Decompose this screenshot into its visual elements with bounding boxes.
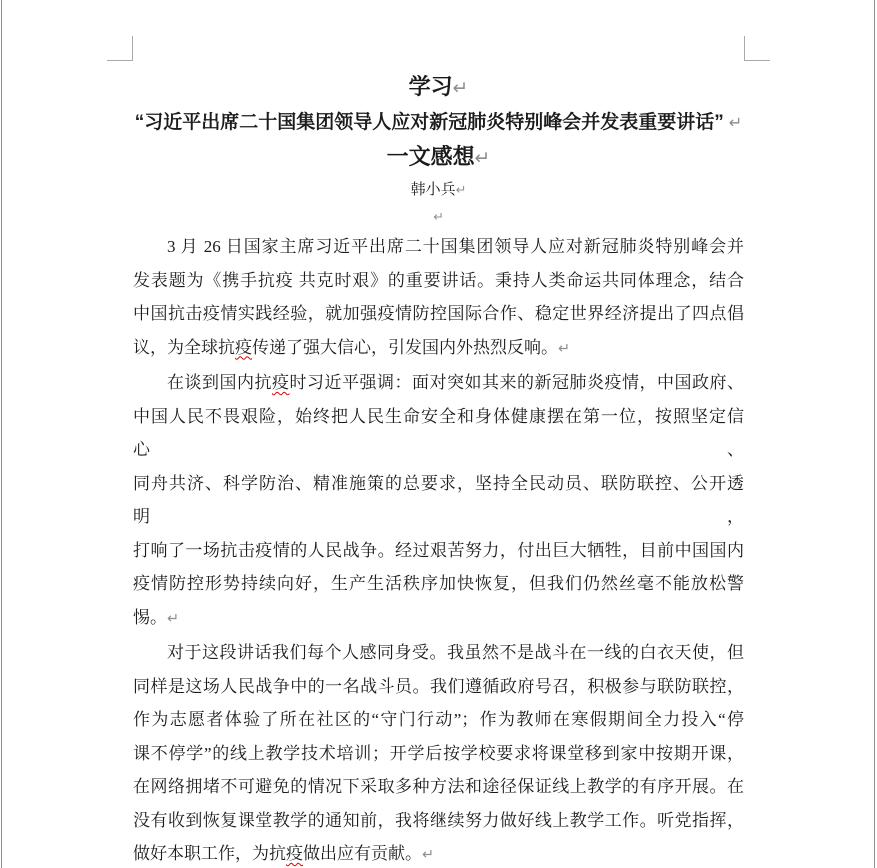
paragraph-mark: ↵ [433,210,444,225]
text-line: 在网络拥堵不可避免的情况下采取多种方法和途径保证线上教学的有序开展。在 [133,770,744,804]
paragraph-mark: ↵ [475,148,491,169]
text-segment: 做出应有贡献。 [303,844,422,863]
text-segment: 中国人民不畏艰险，始终把人民生命安全和身体健康摆在第一位，按照坚定信心、 [133,407,744,460]
text-line: 议，为全球抗疫传递了强大信心，引发国内外热烈反响。↵ [133,331,744,367]
title-text: “习近平出席二十国集团领导人应对新冠肺炎特别峰会并发表重要讲话” [135,112,724,133]
text-segment: 做好本职工作，为抗 [133,844,286,863]
doc-title-line-1: 学习↵ [133,70,744,106]
author-name: 韩小兵 [411,182,456,198]
text-line: 没有收到恢复课堂教学的通知前，我将继续努力做好线上教学工作。听党指挥， [133,804,744,838]
text-segment: 作为志愿者体验了所在社区的“守门行动”；作为教师在寒假期间全力投入“停 [133,710,744,729]
text-line: 在谈到国内抗疫时习近平强调：面对突如其来的新冠肺炎疫情，中国政府、 [133,366,744,400]
text-line: 作为志愿者体验了所在社区的“守门行动”；作为教师在寒假期间全力投入“停 [133,703,744,737]
text-line: 打响了一场抗击疫情的人民战争。经过艰苦努力，付出巨大牺牲，目前中国国内 [133,534,744,568]
document-content[interactable]: 学习↵ “习近平出席二十国集团领导人应对新冠肺炎特别峰会并发表重要讲话”↵ 一文… [133,0,744,868]
margin-crop-mark-top-right [744,36,770,61]
paragraph-mark: ↵ [456,183,467,198]
doc-title-line-2: “习近平出席二十国集团领导人应对新冠肺炎特别峰会并发表重要讲话”↵ [133,106,744,140]
paragraph-mark: ↵ [558,341,570,357]
text-segment: 没有收到恢复课堂教学的通知前，我将继续努力做好线上教学工作。听党指挥， [133,811,744,830]
text-line: 3 月 26 日国家主席习近平出席二十国集团领导人应对新冠肺炎特别峰会并 [133,230,744,264]
misspelled-word: 疫 [272,373,290,392]
text-line: 发表题为《携手抗疫 共克时艰》的重要讲话。秉持人类命运共同体理念，结合 [133,264,744,298]
text-segment: 对于这段讲话我们每个人感同身受。我虽然不是战斗在一线的白衣天使，但 [167,643,744,662]
title-text: 学习 [409,74,453,99]
page-edge-left [1,0,2,868]
text-line: 同样是这场人民战争中的一名战斗员。我们遵循政府号召，积极参与联防联控， [133,670,744,704]
document-body[interactable]: 3 月 26 日国家主席习近平出席二十国集团领导人应对新冠肺炎特别峰会并发表题为… [133,230,744,868]
text-line: 对于这段讲话我们每个人感同身受。我虽然不是战斗在一线的白衣天使，但 [133,636,744,670]
doc-author-line: 韩小兵↵ [133,176,744,205]
text-segment: 同舟共济、科学防治、精准施策的总要求，坚持全民动员、联防联控、公开透明， [133,474,744,527]
text-line: 中国人民不畏艰险，始终把人民生命安全和身体健康摆在第一位，按照坚定信心、 [133,400,744,467]
text-segment: 3 月 26 日国家主席习近平出席二十国集团领导人应对新冠肺炎特别峰会并 [167,237,744,256]
misspelled-word: 疫 [235,338,252,357]
text-segment: 时习近平强调：面对突如其来的新冠肺炎疫情，中国政府、 [290,373,745,392]
text-segment: 传递了强大信心，引发国内外热烈反响。 [252,338,558,357]
text-segment: 疫情防控形势持续向好，生产生活秩序加快恢复，但我们仍然丝毫不能放松警惕。 [133,574,744,627]
text-segment: 发表题为《携手抗疫 共克时艰》的重要讲话。秉持人类命运共同体理念，结合 [133,271,744,290]
text-segment: 议，为全球抗 [133,338,235,357]
text-line: 做好本职工作，为抗疫做出应有贡献。↵ [133,837,744,868]
text-line: 同舟共济、科学防治、精准施策的总要求，坚持全民动员、联防联控、公开透明， [133,467,744,534]
empty-paragraph-line: ↵ [133,205,744,230]
text-segment: 在网络拥堵不可避免的情况下采取多种方法和途径保证线上教学的有序开展。在 [133,777,744,796]
doc-title-line-3: 一文感想↵ [133,140,744,176]
text-segment: 课不停学”的线上教学技术培训；开学后按学校要求将课堂移到家中按期开课， [133,744,744,763]
text-line: 中国抗击疫情实践经验，就加强疫情防控国际合作、稳定世界经济提出了四点倡 [133,297,744,331]
text-segment: 打响了一场抗击疫情的人民战争。经过艰苦努力，付出巨大牺牲，目前中国国内 [133,541,744,560]
text-segment: 同样是这场人民战争中的一名战斗员。我们遵循政府号召，积极参与联防联控， [133,677,744,696]
title-text: 一文感想 [387,144,475,169]
paragraph-mark: ↵ [729,113,743,132]
margin-crop-mark-top-left [107,36,133,61]
text-segment: 中国抗击疫情实践经验，就加强疫情防控国际合作、稳定世界经济提出了四点倡 [133,304,744,323]
page-edge-right [874,0,875,868]
text-line: 课不停学”的线上教学技术培训；开学后按学校要求将课堂移到家中按期开课， [133,737,744,771]
paragraph-mark: ↵ [422,847,434,863]
paragraph-mark: ↵ [167,611,179,627]
text-line: 疫情防控形势持续向好，生产生活秩序加快恢复，但我们仍然丝毫不能放松警惕。↵ [133,567,744,636]
misspelled-word: 疫 [286,844,303,863]
paragraph-mark: ↵ [453,78,469,99]
document-page: 学习↵ “习近平出席二十国集团领导人应对新冠肺炎特别峰会并发表重要讲话”↵ 一文… [0,0,877,868]
text-segment: 在谈到国内抗 [167,373,272,392]
